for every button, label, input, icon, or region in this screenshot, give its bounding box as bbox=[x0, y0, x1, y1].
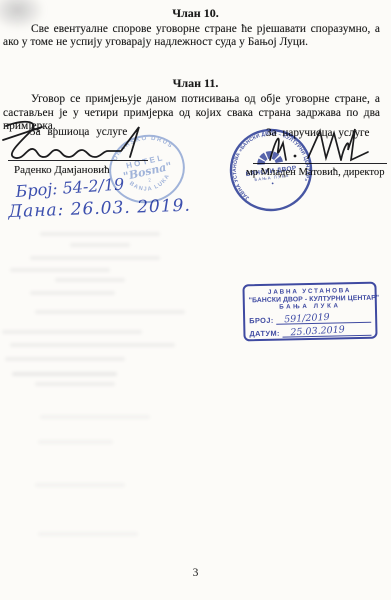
bleedthrough-artifact bbox=[38, 532, 138, 536]
round-stamp-ring-text: ЈАВНА УСТАНОВА «БАНСКИ ДВОР – КУЛТУРНИ Ц… bbox=[228, 127, 314, 203]
bleethrough-artifact bbox=[38, 440, 113, 444]
provider-name: Раденко Дамјановић bbox=[14, 164, 110, 176]
registry-stamp-number-line: 591/2019 bbox=[276, 311, 371, 324]
bleedthrough-artifact bbox=[30, 291, 115, 295]
contract-page: Члан 10. Све евентуалне спорове уговорне… bbox=[0, 0, 391, 600]
bleedthrough-artifact bbox=[70, 243, 130, 247]
article-10-body: Све евентуалне спорове уговорне стране ћ… bbox=[3, 23, 380, 49]
banski-dvor-round-stamp: ЈАВНА УСТАНОВА «БАНСКИ ДВОР – КУЛТУРНИ Ц… bbox=[222, 121, 320, 219]
bleedthrough-artifact bbox=[10, 268, 110, 272]
bleedthrough-artifact bbox=[35, 310, 185, 314]
bleedthrough-artifact bbox=[5, 357, 125, 361]
page-number: 3 bbox=[0, 567, 391, 579]
registry-stamp: ЈАВНА УСТАНОВА "БАНСКИ ДВОР - КУЛТУРНИ Ц… bbox=[242, 282, 377, 342]
bleedthrough-artifact bbox=[40, 415, 150, 419]
registry-stamp-number-label: БРОЈ: bbox=[249, 315, 274, 325]
registry-stamp-number-value: 591/2019 bbox=[284, 311, 330, 325]
article-11-heading: Члан 11. bbox=[0, 76, 391, 91]
bleedthrough-artifact bbox=[55, 278, 125, 282]
registry-stamp-date-label: ДАТУМ: bbox=[249, 329, 280, 339]
registry-stamp-number-row: БРОЈ: 591/2019 bbox=[249, 311, 371, 325]
bleedthrough-artifact bbox=[35, 483, 125, 487]
registry-stamp-date-line: 25.03.2019 bbox=[283, 325, 372, 338]
registry-stamp-date-value: 25.03.2019 bbox=[291, 324, 346, 338]
banski-dvor-fan-logo bbox=[256, 150, 283, 166]
bleedthrough-artifact bbox=[10, 343, 175, 347]
bleedthrough-artifact bbox=[30, 256, 160, 260]
bleedthrough-artifact bbox=[35, 382, 115, 386]
round-stamp-dot bbox=[272, 182, 274, 184]
registry-stamp-date-row: ДАТУМ: 25.03.2019 bbox=[249, 325, 371, 339]
bleedthrough-artifact bbox=[2, 330, 142, 334]
svg-text:ЈАВНА УСТАНОВА «БАНСКИ ДВОР –: ЈАВНА УСТАНОВА «БАНСКИ ДВОР – КУЛТУРНИ Ц… bbox=[228, 127, 314, 203]
bleedthrough-artifact bbox=[12, 372, 117, 376]
bleedthrough-artifact bbox=[40, 232, 160, 236]
hotel-stamp-number: 2 bbox=[148, 177, 152, 184]
article-10-heading: Члан 10. bbox=[0, 0, 391, 21]
scan-corner-shadow bbox=[0, 0, 45, 30]
